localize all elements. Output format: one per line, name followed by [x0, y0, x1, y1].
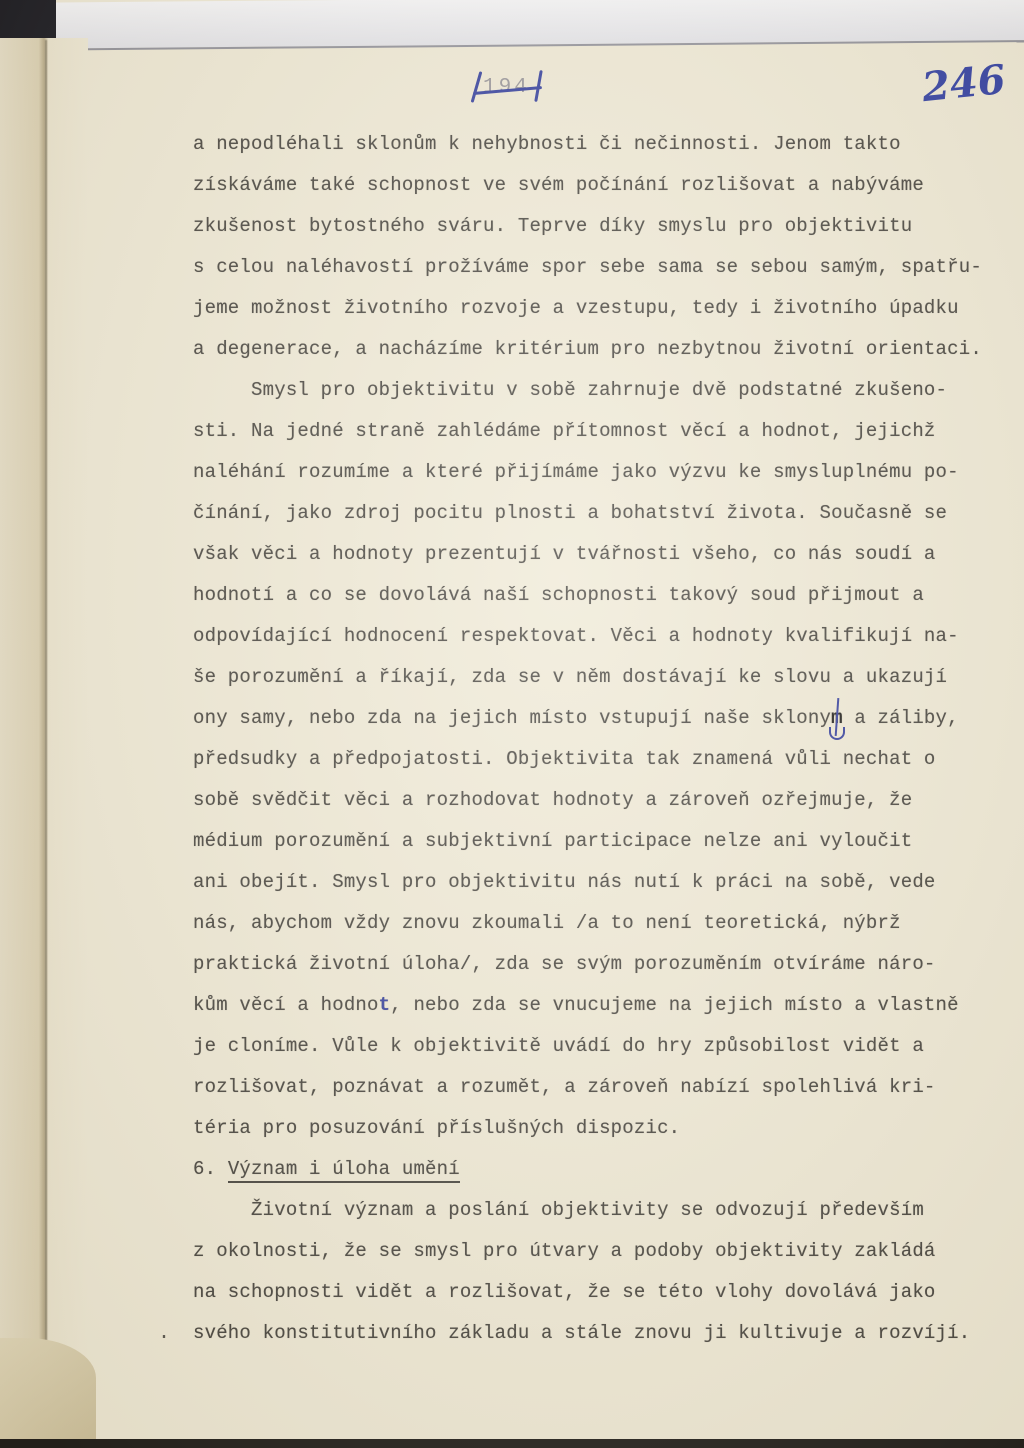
text-line: z okolnosti, že se smysl pro útvary a po… — [193, 1231, 1003, 1272]
text-line: na schopnosti vidět a rozlišovat, že se … — [193, 1272, 1003, 1313]
typed-text-segment: praktická životní úloha/, zda se svým po… — [193, 953, 936, 975]
text-line: sobě svědčit věci a rozhodovat hodnoty a… — [193, 780, 1003, 821]
adjacent-page-edge — [46, 0, 1024, 51]
text-line: a nepodléhali sklonům k nehybnosti či ne… — [193, 124, 1003, 165]
typed-text-segment: hodnotí a co se dovolává naší schopnosti… — [193, 584, 924, 606]
pen-correction-letter: t — [379, 994, 391, 1016]
typed-text-segment: předsudky a předpojatosti. Objektivita t… — [193, 748, 936, 770]
typed-text-segment: však věci a hodnoty prezentují v tvářnos… — [193, 543, 936, 565]
page-curl — [0, 1338, 96, 1442]
typed-text-segment: Smysl pro objektivitu v sobě zahrnuje dv… — [193, 379, 947, 401]
typed-text-segment: naléhání rozumíme a které přijímáme jako… — [193, 461, 959, 483]
typed-text-segment: 6. — [193, 1158, 228, 1180]
typed-text-segment: a degenerace, a nacházíme kritérium pro … — [193, 338, 982, 360]
handwritten-page-number: 246 — [920, 56, 1008, 111]
text-line: zkušenost bytostného sváru. Teprve díky … — [193, 206, 1003, 247]
typed-text-segment: a nepodléhali sklonům k nehybnosti či ne… — [193, 133, 901, 155]
typed-text-segment: je cloníme. Vůle k objektivitě uvádí do … — [193, 1035, 924, 1057]
typed-text-segment: téria pro posuzování příslušných dispozi… — [193, 1117, 680, 1139]
scanned-typewritten-page: { "colors": { "paper": "#efe9d5", "typew… — [0, 0, 1024, 1448]
text-line: naléhání rozumíme a které přijímáme jako… — [193, 452, 1003, 493]
typed-text-segment: še porozumění a říkají, zda se v něm dos… — [193, 666, 947, 688]
text-line: je cloníme. Vůle k objektivitě uvádí do … — [193, 1026, 1003, 1067]
typed-text-segment: získáváme také schopnost ve svém počínán… — [193, 174, 924, 196]
typed-text-segment: , nebo zda se vnucujeme na jejich místo … — [390, 994, 959, 1016]
binding-crease — [45, 40, 47, 1438]
text-line: médium porozumění a subjektivní particip… — [193, 821, 1003, 862]
typed-text-segment: zkušenost bytostného sváru. Teprve díky … — [193, 215, 912, 237]
typed-text-segment: a záliby, — [843, 707, 959, 729]
typed-text-segment: sti. Na jedné straně zahlédáme přítomnos… — [193, 420, 936, 442]
typed-text-segment: médium porozumění a subjektivní particip… — [193, 830, 912, 852]
text-line: Smysl pro objektivitu v sobě zahrnuje dv… — [193, 370, 1003, 411]
typed-text-segment: s celou naléhavostí prožíváme spor sebe … — [193, 256, 982, 278]
text-line: odpovídající hodnocení respektovat. Věci… — [193, 616, 1003, 657]
typed-text-segment: Životní význam a poslání objektivity se … — [193, 1199, 924, 1221]
text-line: svého konstitutivního základu a stále zn… — [193, 1313, 1003, 1354]
scan-bottom-edge — [0, 1439, 1024, 1448]
text-line: však věci a hodnoty prezentují v tvářnos… — [193, 534, 1003, 575]
pen-strike-tick-left — [471, 71, 483, 103]
typed-text-segment: jeme možnost životního rozvoje a vzestup… — [193, 297, 959, 319]
text-line: téria pro posuzování příslušných dispozi… — [193, 1108, 1003, 1149]
typed-text-segment: nás, abychom vždy znovu zkoumali /a to n… — [193, 912, 901, 934]
margin-dot-mark: . — [158, 1322, 170, 1345]
typed-text-segment: sobě svědčit věci a rozhodovat hodnoty a… — [193, 789, 912, 811]
underlined-heading-text: Význam i úloha umění — [228, 1158, 460, 1183]
typed-text-segment: ony samy, nebo zda na jejich místo vstup… — [193, 707, 831, 729]
text-line: předsudky a předpojatosti. Objektivita t… — [193, 739, 1003, 780]
typed-text-segment: z okolnosti, že se smysl pro útvary a po… — [193, 1240, 936, 1262]
text-line: ani obejít. Smysl pro objektivitu nás nu… — [193, 862, 1003, 903]
text-line: še porozumění a říkají, zda se v něm dos… — [193, 657, 1003, 698]
typed-text-segment: rozlišovat, poznávat a rozumět, a zárove… — [193, 1076, 936, 1098]
text-line: Životní význam a poslání objektivity se … — [193, 1190, 1003, 1231]
text-line: kům věcí a hodnot, nebo zda se vnucujeme… — [193, 985, 1003, 1026]
text-line: hodnotí a co se dovolává naší schopnosti… — [193, 575, 1003, 616]
text-line: jeme možnost životního rozvoje a vzestup… — [193, 288, 1003, 329]
typed-text-segment: ani obejít. Smysl pro objektivitu nás nu… — [193, 871, 936, 893]
typed-text-segment: čínání, jako zdroj pocitu plnosti a boha… — [193, 502, 947, 524]
typed-page-number-crossed-out: 194 — [483, 76, 530, 99]
typed-text-segment: odpovídající hodnocení respektovat. Věci… — [193, 625, 959, 647]
text-line: nás, abychom vždy znovu zkoumali /a to n… — [193, 903, 1003, 944]
typed-text-segment: na schopnosti vidět a rozlišovat, že se … — [193, 1281, 936, 1303]
typed-text-segment: svého konstitutivního základu a stále zn… — [193, 1322, 970, 1344]
typed-text-segment: kům věcí a hodno — [193, 994, 379, 1016]
text-line: rozlišovat, poznávat a rozumět, a zárove… — [193, 1067, 1003, 1108]
text-line: a degenerace, a nacházíme kritérium pro … — [193, 329, 1003, 370]
deleatur-mark: m — [831, 707, 843, 729]
typed-body-text: a nepodléhali sklonům k nehybnosti či ne… — [193, 124, 1003, 1354]
previous-page-edge — [0, 38, 88, 1442]
text-line: s celou naléhavostí prožíváme spor sebe … — [193, 247, 1003, 288]
text-line: ony samy, nebo zda na jejich místo vstup… — [193, 698, 1003, 739]
text-line: čínání, jako zdroj pocitu plnosti a boha… — [193, 493, 1003, 534]
text-line: 6. Význam i úloha umění — [193, 1149, 1003, 1190]
text-line: praktická životní úloha/, zda se svým po… — [193, 944, 1003, 985]
text-line: sti. Na jedné straně zahlédáme přítomnos… — [193, 411, 1003, 452]
text-line: získáváme také schopnost ve svém počínán… — [193, 165, 1003, 206]
